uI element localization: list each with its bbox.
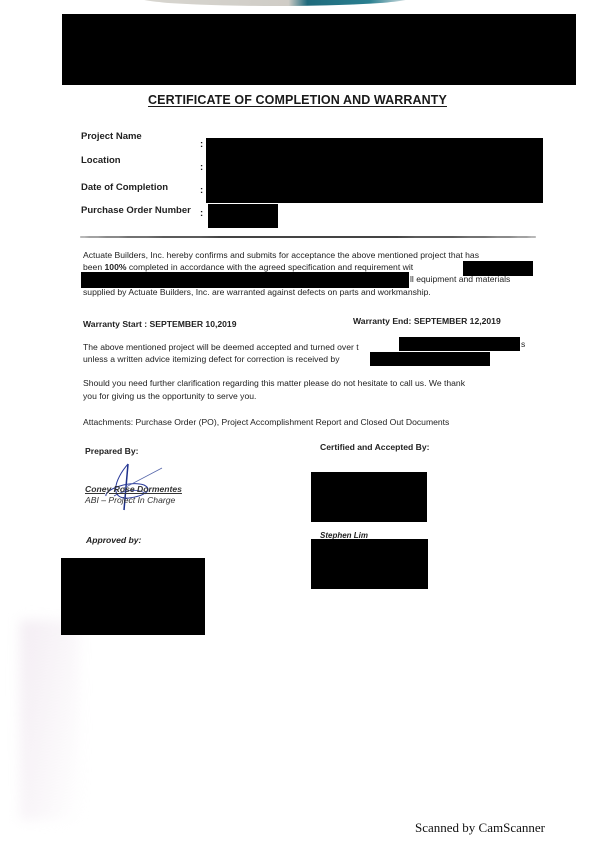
field-separator: : xyxy=(200,162,203,173)
scanned-edge-object xyxy=(140,0,410,6)
field-label-date-of-completion: Date of Completion xyxy=(81,182,168,193)
prepared-by-role: ABI – Project In Charge xyxy=(85,495,175,505)
document-title: CERTIFICATE OF COMPLETION AND WARRANTY xyxy=(0,93,595,107)
redacted-po-number xyxy=(208,204,278,228)
warranty-start-value: SEPTEMBER 10,2019 xyxy=(150,319,237,329)
field-separator: : xyxy=(200,139,203,150)
acceptance-line-1-tail: s xyxy=(521,338,531,351)
body-text: been xyxy=(83,262,105,272)
field-label-location: Location xyxy=(81,155,121,166)
closing-line-2: you for giving us the opportunity to ser… xyxy=(83,390,533,403)
field-label-purchase-order-number: Purchase Order Number xyxy=(81,205,191,216)
redacted-field-values xyxy=(206,138,543,203)
prepared-by-label: Prepared By: xyxy=(85,445,235,458)
warranty-end-value: SEPTEMBER 12,2019 xyxy=(414,316,501,326)
redacted-approved-signature xyxy=(61,558,205,635)
redacted-client xyxy=(463,261,533,276)
divider xyxy=(80,236,536,238)
redacted-certified-block xyxy=(311,539,428,589)
warranty-end-label: Warranty End: xyxy=(353,316,411,326)
redacted-recipient xyxy=(370,352,490,366)
redacted-acceptance-party xyxy=(399,337,520,351)
completion-percent: 100% xyxy=(105,262,127,272)
redacted-body-text xyxy=(81,272,409,288)
redacted-letterhead xyxy=(62,14,576,85)
approved-by-label: Approved by: xyxy=(86,534,236,547)
document-title-text: CERTIFICATE OF COMPLETION AND WARRANTY xyxy=(148,93,447,107)
warranty-start-label: Warranty Start : xyxy=(83,319,147,329)
redacted-certified-signature xyxy=(311,472,427,522)
camscanner-watermark: Scanned by CamScanner xyxy=(415,820,545,836)
body-line-1: Actuate Builders, Inc. hereby confirms a… xyxy=(83,249,533,262)
prepared-by-name: Coney Rose Dormentes xyxy=(85,484,182,494)
field-separator: : xyxy=(200,208,203,219)
certified-label: Certified and Accepted By: xyxy=(320,441,520,454)
field-separator: : xyxy=(200,185,203,196)
body-text: completed in accordance with the agreed … xyxy=(127,262,414,272)
warranty-start: Warranty Start : SEPTEMBER 10,2019 xyxy=(83,318,283,331)
field-label-project-name: Project Name xyxy=(81,131,142,142)
scan-shadow xyxy=(20,620,80,820)
warranty-end: Warranty End: SEPTEMBER 12,2019 xyxy=(353,315,543,328)
attachments: Attachments: Purchase Order (PO), Projec… xyxy=(83,416,533,429)
closing-line-1: Should you need further clarification re… xyxy=(83,377,533,390)
